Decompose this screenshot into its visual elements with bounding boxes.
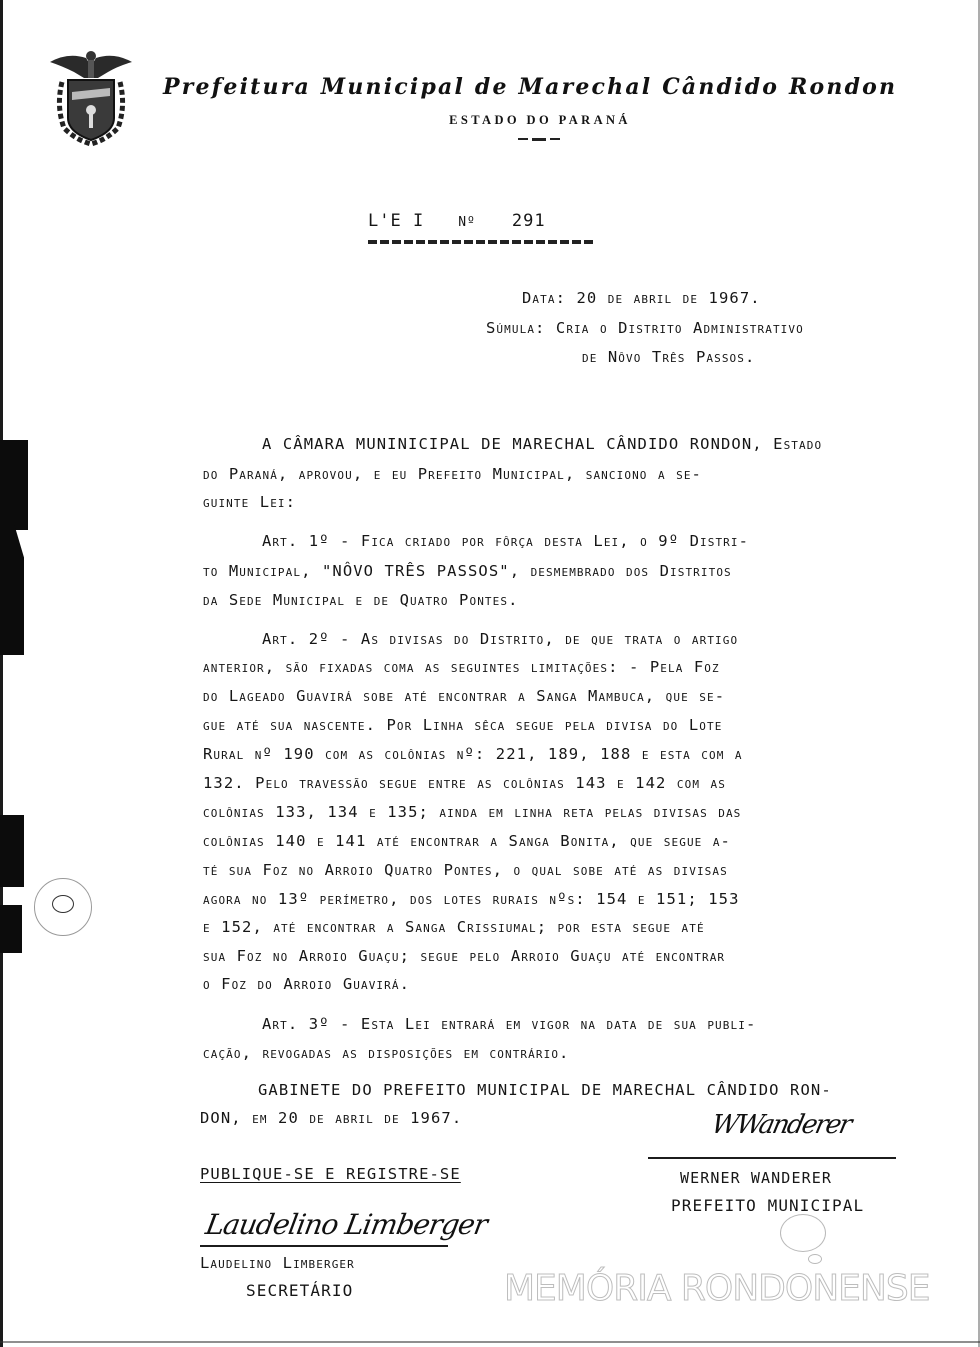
closing-line: DON, em 20 de abril de 1967. [200,1109,462,1127]
article-2-line: o Foz do Arroio Guavirá. [203,975,410,993]
parana-coat-of-arms-icon [48,36,134,146]
preamble-line: do Paraná, aprovou, e eu Prefeito Munici… [203,465,702,483]
law-label: L'E I [368,211,424,231]
watermark-logo-dot [808,1254,822,1264]
closing-line: GABINETE DO PREFEITO MUNICIPAL DE MARECH… [258,1081,832,1099]
article-2-line: 132. Pelo travessão segue entre as colôn… [203,774,726,792]
law-number: 291 [512,211,546,231]
article-3-line: Art. 3º - Esta Lei entrará em vigor na d… [262,1015,756,1033]
law-number-heading: L'E INº291 [368,211,546,231]
article-2-line: gue até sua nascente. Por Linha sêca seg… [203,716,722,734]
article-1-line: Art. 1º - Fica criado por fôrça desta Le… [262,532,749,550]
article-2-line: anterior, são fixadas coma as seguintes … [203,658,720,676]
law-date: Data: 20 de abril de 1967. [522,289,761,307]
secretary-signature-line [200,1245,448,1247]
article-3-line: cação, revogadas as disposições em contr… [203,1044,569,1062]
preamble-line: guinte Lei: [203,493,296,511]
secretary-signature: Laudelino Limberger [203,1208,489,1241]
law-number-prefix: Nº [458,215,476,230]
binder-clip-mark [0,815,24,887]
law-summary-line-2: de Nôvo Três Passos. [582,348,755,366]
article-2-line: do Lageado Guavirá sobe até encontrar a … [203,687,725,705]
letterhead-ornament [518,138,562,141]
law-summary-line-1: Súmula: Cria o Distrito Administrativo [486,319,804,337]
article-2-line: colônias 133, 134 e 135; ainda em linha … [203,803,741,821]
article-2-line: Rural nº 190 com as colônias nº: 221, 18… [203,745,743,763]
article-2-line: agora no 13º perímetro, dos lotes rurais… [203,890,740,908]
binder-clip-mark [0,905,22,953]
law-heading-underline [368,240,594,244]
mayor-signature: WWanderer [709,1110,853,1140]
mayor-title: PREFEITO MUNICIPAL [671,1196,864,1215]
scan-edge-left [0,0,3,1347]
secretary-name: Laudelino Limberger [200,1254,355,1272]
article-1-line: to Municipal, "NÔVO TRÊS PASSOS", desmem… [203,562,732,580]
article-1-line: da Sede Municipal e de Quatro Pontes. [203,591,519,609]
letterhead-subtitle: ESTADO DO PARANÁ [0,113,980,128]
mayor-name: WERNER WANDERER [680,1169,832,1187]
article-2-line: sua Foz no Arroio Guaçu; segue pelo Arro… [203,947,725,965]
scan-edge-bottom [0,1341,980,1343]
mayor-signature-line [648,1157,896,1159]
memoria-rondonense-watermark: MEMÓRIA RONDONENSE [504,1268,929,1309]
binder-clip-mark [0,525,24,655]
article-2-line: té sua Foz no Arroio Quatro Pontes, o qu… [203,861,728,879]
publish-register-note: PUBLIQUE-SE E REGISTRE-SE [200,1165,461,1183]
punch-hole-center [52,895,74,913]
watermark-logo-circle [780,1214,826,1252]
binder-clip-mark [0,440,28,530]
preamble-line: A CÂMARA MUNINICIPAL DE MARECHAL CÂNDIDO… [262,435,822,453]
article-2-line: colônias 140 e 141 até encontrar a Sanga… [203,832,731,850]
secretary-title: SECRETÁRIO [246,1281,353,1300]
scanned-law-document: Prefeitura Municipal de Marechal Cândido… [0,0,980,1347]
article-2-line: e 152, até encontrar a Sanga Crissiumal;… [203,918,705,936]
article-2-line: Art. 2º - As divisas do Distrito, de que… [262,630,738,648]
letterhead-title: Prefeitura Municipal de Marechal Cândido… [163,74,923,100]
